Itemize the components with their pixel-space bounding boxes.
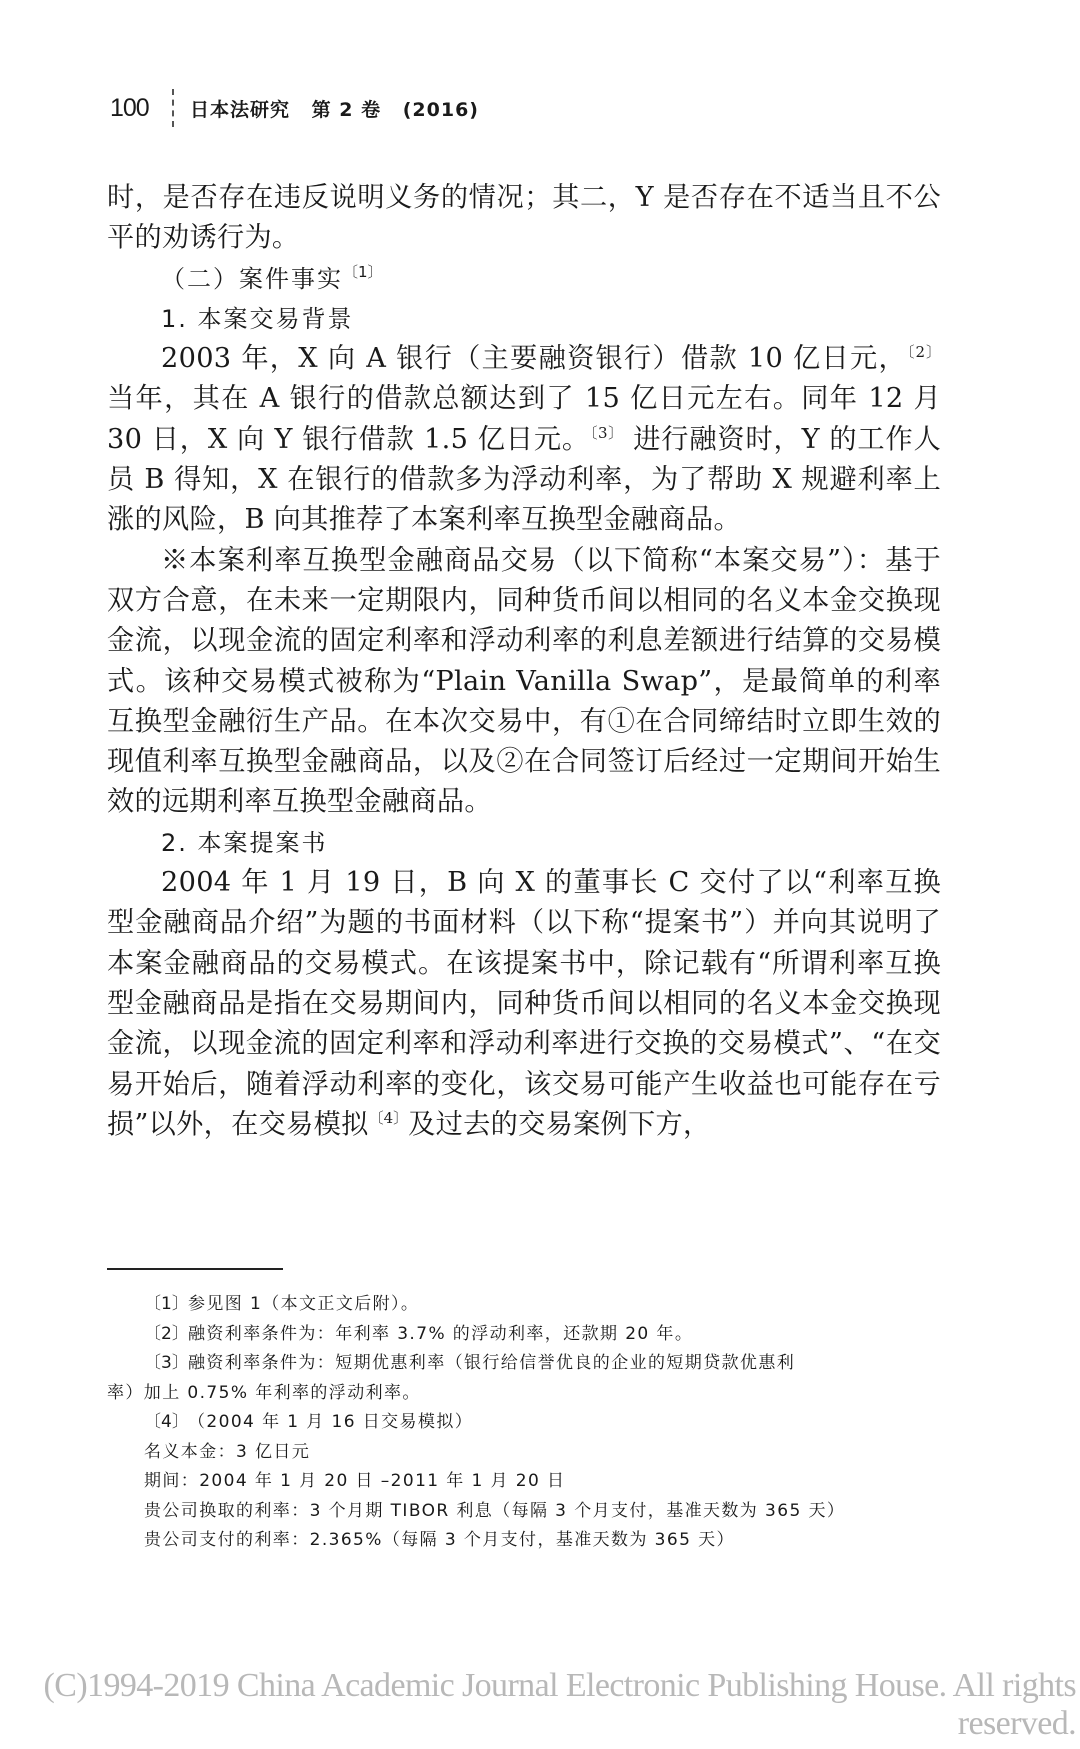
footnote-text: 融资利率条件为：短期优惠利率（银行给信誉优良的企业的短期贷款优惠利	[188, 1353, 795, 1373]
footnote-number: 〔1〕	[144, 1290, 188, 1320]
text-segment: 2003 年，X 向 A 银行（主要融资银行）借款 10 亿日元，	[161, 343, 907, 374]
footnote-4: 〔4〕（2004 年 1 月 16 日交易模拟）	[107, 1408, 941, 1438]
paragraph-background: 2003 年，X 向 A 银行（主要融资银行）借款 10 亿日元，〔2〕 当年，…	[107, 339, 941, 540]
journal-title: 日本法研究	[190, 99, 290, 121]
footnote-4-receive-rate: 贵公司换取的利率：3 个月期 TIBOR 利息（每隔 3 个月支付，基准天数为 …	[107, 1497, 941, 1527]
footnote-ref-3[interactable]: 〔3〕	[590, 424, 624, 442]
footnote-number: 〔4〕	[144, 1408, 188, 1438]
copyright-watermark: (C)1994-2019 China Academic Journal Elec…	[0, 1667, 1080, 1743]
footnote-2: 〔2〕融资利率条件为：年利率 3.7% 的浮动利率，还款期 20 年。	[107, 1320, 941, 1350]
footnote-number: 〔3〕	[144, 1349, 188, 1379]
footnote-text: 融资利率条件为：年利率 3.7% 的浮动利率，还款期 20 年。	[188, 1324, 693, 1344]
journal-volume: 第 2 卷	[312, 99, 381, 121]
text-segment: 2004 年 1 月 19 日，B 向 X 的董事长 C 交付了以“利率互换型金…	[107, 867, 941, 1140]
running-header: 100 日本法研究 第 2 卷 (2016)	[110, 88, 493, 128]
paragraph-swap-definition: ※本案利率互换型金融商品交易（以下简称“本案交易”）：基于双方合意，在未来一定期…	[107, 541, 941, 823]
footnote-4-pay-rate: 贵公司支付的利率：2.365%（每隔 3 个月支付，基准天数为 365 天）	[107, 1526, 941, 1556]
heading-text: （二）案件事实	[161, 265, 343, 293]
header-divider	[172, 89, 174, 127]
subheading-proposal: 2. 本案提案书	[107, 823, 941, 863]
footnote-number: 〔2〕	[144, 1320, 188, 1350]
footnote-1: 〔1〕参见图 1（本文正文后附）。	[107, 1290, 941, 1320]
journal-year: (2016)	[403, 99, 479, 121]
footnote-4-period: 期间：2004 年 1 月 20 日 –2011 年 1 月 20 日	[107, 1467, 941, 1497]
footnote-separator	[107, 1268, 283, 1270]
footnote-ref-1[interactable]: 〔1〕	[343, 263, 383, 281]
section-heading-case-facts: （二）案件事实〔1〕	[107, 259, 941, 299]
footnote-4-notional: 名义本金：3 亿日元	[107, 1438, 941, 1468]
footnotes: 〔1〕参见图 1（本文正文后附）。 〔2〕融资利率条件为：年利率 3.7% 的浮…	[107, 1290, 941, 1556]
footnote-3-continuation: 率）加上 0.75% 年利率的浮动利率。	[107, 1379, 941, 1409]
footnote-text: 参见图 1（本文正文后附）。	[188, 1294, 419, 1314]
paragraph-proposal: 2004 年 1 月 19 日，B 向 X 的董事长 C 交付了以“利率互换型金…	[107, 863, 941, 1145]
footnote-ref-4[interactable]: 〔4〕	[369, 1109, 409, 1127]
journal-citation: 日本法研究 第 2 卷 (2016)	[190, 95, 493, 122]
footnote-3: 〔3〕融资利率条件为：短期优惠利率（银行给信誉优良的企业的短期贷款优惠利	[107, 1349, 941, 1379]
footnote-ref-2[interactable]: 〔2〕	[907, 343, 941, 361]
footnote-text: （2004 年 1 月 16 日交易模拟）	[188, 1412, 473, 1432]
main-text: 时，是否存在违反说明义务的情况；其二，Y 是否存在不适当且不公平的劝诱行为。 （…	[107, 178, 941, 1145]
page-number: 100	[110, 94, 162, 123]
paragraph-continuation: 时，是否存在违反说明义务的情况；其二，Y 是否存在不适当且不公平的劝诱行为。	[107, 178, 941, 259]
subheading-background: 1. 本案交易背景	[107, 299, 941, 339]
text-segment: 及过去的交易案例下方，	[408, 1109, 710, 1140]
